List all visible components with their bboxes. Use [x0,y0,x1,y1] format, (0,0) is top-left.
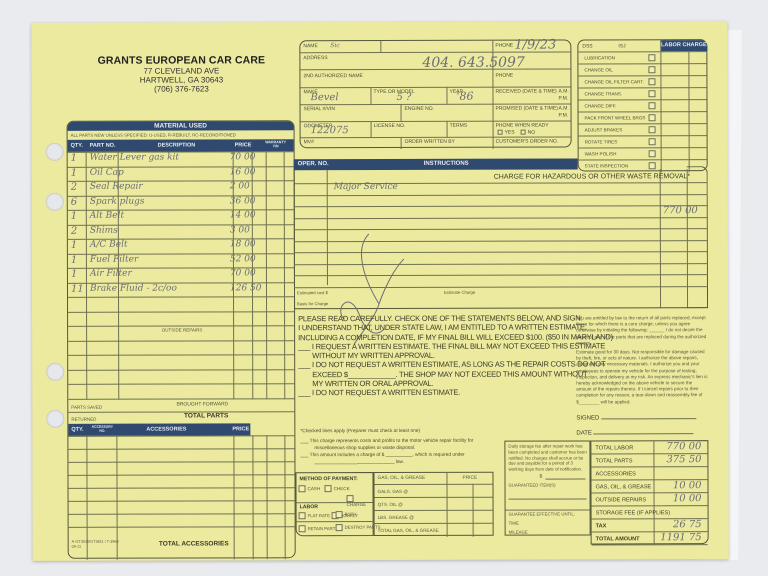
material-description: Spark plugs [90,196,145,206]
checked-line: ______________________________ law. [300,459,473,466]
form-code-2: 09-11 [72,545,81,549]
estimate-line: I UNDERSTAND THAT, UNDER STATE LAW, I AM… [298,323,613,333]
labor-item-checkbox[interactable] [648,66,655,73]
acc-col-price: PRICE [232,426,249,432]
acc-col-accessories: ACCESSORIES [146,427,186,433]
labor-item-8: WASH POLISH [585,151,617,156]
labor-item-0: LUBRICATION [584,55,615,60]
cash-checkbox[interactable] [299,485,306,492]
material-price: 16 00 [230,167,256,177]
signed-line[interactable]: SIGNED [576,415,708,421]
material-used-header: MATERIAL USED [68,121,294,131]
serial-label: SERIAL #/VIN [304,106,336,112]
col-part-no: PART NO. [90,143,116,149]
material-qty: 1 [71,167,77,178]
hazard-charge-label: CHARGE FOR HAZARDOUS OR OTHER WASTE REMO… [494,173,690,181]
check-checkbox[interactable] [325,485,332,492]
pm-label: P.M. [558,96,568,102]
engine-label: ENGINE NO. [405,106,434,112]
totals-value[interactable]: 26 75 [673,519,702,530]
flat-rate-checkbox[interactable] [299,512,306,519]
model-field[interactable]: 5 ? [396,92,411,103]
instructions-header: OPER. NO. INSTRUCTIONS [294,158,578,170]
customer-info-box: NAME Sic PHONE 1/9/23 ADDRESS 404. 643.5… [299,39,571,148]
no-option[interactable]: NO [521,130,536,136]
date-line[interactable]: DATE [576,430,708,436]
second-name-label: 2ND AUTHORIZED NAME [303,73,362,79]
material-qty: 11 [71,283,84,294]
material-qty: 1 [71,269,77,280]
shop-header: GRANTS EUROPEAN CAR CARE 77 CLEVELAND AV… [86,54,276,93]
total-gas-label: TOTAL GAS, OIL, & GREASE [378,528,439,533]
labor-item-checkbox[interactable] [649,138,656,145]
col-price: PRICE [235,142,252,148]
binder-hole [46,410,64,428]
material-price: 3 00 [230,225,250,235]
totals-label: STORAGE FEE (if applies) [596,510,671,516]
instruction-line-1[interactable]: Major Service [334,182,398,192]
instructions-section: OPER. NO. INSTRUCTIONS CHARGE FOR HAZARD… [294,158,708,309]
labor-item-6: ADJUST BRAKES [585,127,623,132]
flat-rate-label: FLAT RATE [308,513,330,518]
parts-saved-label: PARTS SAVED [71,405,102,410]
material-description: Water Lever gas kit [90,153,179,163]
material-qty: 1 [71,211,77,222]
material-note: ALL PARTS NEW UNLESS SPECIFIED: U-USED, … [71,132,236,137]
labor-checklist-panel: DSS ISJ LABOR CHARGE LUBRICATION CHANGE … [577,39,707,171]
estimate-charge-label: Estimate Charge [444,290,475,295]
material-qty: 6 [71,196,77,207]
both-checkbox[interactable] [336,511,343,518]
labor-item-4: CHANGE DIFF. [585,103,617,108]
instructions-label: INSTRUCTIONS [424,161,469,167]
material-price: 70 00 [230,268,256,278]
retain-parts-option[interactable]: RETAIN PARTS [299,526,339,531]
cash-label: CASH [308,486,321,491]
no-checkbox[interactable] [521,130,526,135]
time-label: TIME [509,521,519,526]
mv-label: MV# [304,139,314,145]
oper-no-label: OPER. NO. [298,161,329,167]
estimate-option-2[interactable]: ___ I DO NOT REQUEST A WRITTEN ESTIMATE,… [298,360,613,370]
gals-gas-label: GALS. GAS @ [378,489,408,494]
totals-row: GAS, OIL, & GREASE 10 00 [591,480,707,493]
retain-parts-checkbox[interactable] [299,525,306,532]
totals-row: TOTAL PARTS 375 50 [591,454,707,467]
labor-amount[interactable]: 770 00 [663,205,698,216]
material-description: Air Filter [90,269,132,279]
phone-ready-label: PHONE WHEN READY [496,123,549,129]
total-accessories-label: TOTAL ACCESSORIES [159,540,229,547]
totals-label: OUTSIDE REPAIRS [596,497,647,503]
storage-dollar: $ [539,474,542,480]
destroy-parts-checkbox[interactable] [336,524,343,531]
year-field[interactable]: '86 [456,90,473,103]
pm-label: P.M. [559,113,569,119]
parts-return-text: You are entitled by law to the return of… [576,315,708,346]
signed-label: SIGNED [576,415,599,421]
checked-lines-note: *Checked lines apply (Preparer must chec… [300,428,473,466]
shop-phone: (706) 376-7623 [86,84,276,93]
yes-checkbox[interactable] [498,130,503,135]
material-qty: 2 [71,225,77,236]
total-parts-label: TOTAL PARTS [168,412,228,419]
odometer-field[interactable]: 122075 [311,125,349,136]
totals-value[interactable]: 770 00 [666,441,701,452]
labor-charge-header: LABOR CHARGE [660,40,707,51]
written-by-label: ORDER WRITTEN BY [405,139,455,145]
binder-hole [46,193,64,211]
isj-label: ISJ [618,43,625,49]
material-description: Shims [90,225,118,235]
shop-address: 77 CLEVELAND AVE [86,66,276,75]
gas-oil-grease-box: GAS, OIL, & GREASE PRICE GALS. GAS @ QTS… [373,472,493,536]
labor-item-5: PACK FRONT WHEEL BRGS [585,115,646,120]
shop-name: GRANTS EUROPEAN CAR CARE [86,54,276,66]
retain-parts-label: RETAIN PARTS [308,526,339,531]
labor-item-checkbox[interactable] [649,114,656,121]
totals-box: TOTAL LABOR 770 00 TOTAL PARTS 375 50 AC… [590,440,708,544]
totals-value[interactable]: 1191 75 [660,532,701,543]
totals-row: TOTAL AMOUNT 1191 75 [592,532,708,545]
material-qty: 1 [71,254,77,265]
material-price: 52 00 [230,254,256,264]
labor-item-3: CHANGE TRANS. [584,91,622,96]
totals-value[interactable]: 10 00 [673,493,702,504]
estimate-line: EXCEED $____________. THE SHOP MAY NOT E… [298,369,613,379]
estimate-terms: PLEASE READ CAREFULLY. CHECK ONE OF THE … [298,313,613,397]
material-description: Brake Fluid - 2c/oo [90,283,177,293]
both-option[interactable]: BOTH [336,511,357,518]
am-label: A.M. [558,89,568,95]
lbs-grease-label: LBS. GREASE @ [378,515,414,520]
binder-hole [46,143,64,161]
check-label: CHECK [334,486,350,491]
make-field[interactable]: Bevel [310,92,338,103]
name-field[interactable]: Sic [330,42,339,49]
material-qty: 1 [71,240,77,251]
phone-number-handwritten[interactable]: 404. 643.5097 [422,55,524,71]
labor-item-checkbox[interactable] [648,54,655,61]
material-description: Fuel Filter [90,254,138,264]
totals-label: TOTAL PARTS [595,458,632,464]
both-label: BOTH [345,512,357,517]
totals-row: TOTAL LABOR 770 00 [591,441,707,454]
phone-label: PHONE [495,43,513,49]
totals-value[interactable]: 375 50 [666,454,701,465]
material-used-section: MATERIAL USED ALL PARTS NEW UNLESS SPECI… [67,120,296,559]
shop-city: HARTWELL, GA 30643 [86,75,276,84]
flat-rate-option[interactable]: FLAT RATE [299,513,330,518]
material-price: 36 00 [230,196,256,206]
no-label: NO [528,130,536,136]
storage-fee-text: Daily storage fee after repair work has … [508,443,588,472]
labor-item-checkbox[interactable] [649,126,656,133]
qts-oil-label: QTS. OIL @ [378,502,403,507]
labor-item-checkbox[interactable] [649,102,656,109]
am-label: A.M. [559,106,569,112]
name-label: NAME [303,43,317,49]
accessories-columns: QTY. ACCESSORY NO. ACCESSORIES PRICE [68,423,250,435]
outside-repairs-label: OUTSIDE REPAIRS [68,327,296,333]
labor-item-7: ROTATE TIRES [585,139,618,144]
estimate-option-1[interactable]: ___ I REQUEST A WRITTEN ESTIMATE. THE FI… [298,341,613,351]
charge-checkbox[interactable] [347,495,354,502]
check-option[interactable]: CHECK [325,486,350,491]
material-qty: 1 [71,153,77,164]
material-price: 18 00 [230,239,256,249]
form-code: A-GT3010/GT3611 / T-3969 [72,540,119,544]
material-description: Seal Repair [90,182,143,192]
guarantee-effective-label: GUARANTEE EFFECTIVE UNTIL: [509,511,575,516]
totals-label: TOTAL LABOR [595,445,633,451]
col-description: DESCRIPTION [158,142,196,148]
cash-option[interactable]: CASH [299,486,321,491]
totals-label: TOTAL AMOUNT [596,536,640,542]
totals-label: GAS, OIL, & GREASE [596,484,652,490]
date-label: DATE [576,430,592,436]
material-price: 126 50 [230,283,262,293]
totals-value[interactable]: 10 00 [673,480,702,491]
mileage-label: MILEAGE [509,530,528,535]
totals-row: ACCESSORIES [591,467,707,480]
returned-label: RETURNED [71,417,96,422]
terms-label: TERMS [450,123,468,129]
gas-price-header: PRICE [462,476,477,481]
address-label: ADDRESS [303,55,327,61]
labor-item-checkbox[interactable] [648,78,655,85]
acc-col-qty: QTY. [71,427,83,433]
license-label: LICENSE NO. [374,123,406,129]
labor-item-2: CHANGE OIL FILTER CART. [584,79,643,84]
acc-col-no: ACCESSORY NO. [88,425,116,433]
labor-item-1: CHANGE OIL [584,67,612,72]
binder-hole [46,363,64,381]
estimate-option-3[interactable]: ___ I DO NOT REQUEST A WRITTEN ESTIMATE. [298,388,613,398]
totals-row: TAX 26 75 [592,519,708,532]
brought-forward-label: BROUGHT FORWARD [168,401,228,407]
rights-section: You are entitled by law to the return of… [576,315,708,436]
totals-row: OUTSIDE REPAIRS 10 00 [592,493,708,506]
labor-method-label: LABOR [300,504,318,510]
totals-row: STORAGE FEE (if applies) [592,506,708,519]
col-qty: QTY. [71,143,83,149]
totals-label: ACCESSORIES [595,471,635,477]
storage-box: Daily storage fee after repair work has … [504,440,590,535]
date-handwritten[interactable]: 1/9/23 [514,38,556,53]
customer-order-label: CUSTOMER'S ORDER NO. [496,139,559,145]
yes-label: YES [505,130,515,136]
checked-note: *Checked lines apply (Preparer must chec… [300,428,473,435]
material-columns: QTY. PART NO. DESCRIPTION PRICE WARRANTY… [68,139,294,152]
authorization-text: Estimate good for 30 days. Not responsib… [576,349,708,405]
labor-item-checkbox[interactable] [649,150,656,157]
totals-label: TAX [596,523,607,529]
col-warranty: WARRANTY Y/N [265,140,287,148]
material-price: 2 00 [230,181,250,191]
guaranteed-items-label: GUARANTEED ITEM(S) [509,483,556,488]
yes-option[interactable]: YES [498,130,515,136]
material-price: 70 00 [230,152,256,162]
payment-method-label: METHOD OF PAYMENT: [299,476,357,482]
received-label: RECEIVED (DATE & TIME) [495,89,556,95]
material-qty: 2 [71,182,77,193]
promised-label: PROMISED (DATE & TIME) [496,106,558,112]
repair-order-form: GRANTS EUROPEAN CAR CARE 77 CLEVELAND AV… [31,21,728,561]
material-price: 14 00 [230,210,256,220]
labor-item-checkbox[interactable] [648,90,655,97]
dss-label: DSS [582,43,592,49]
phone2-label: PHONE [495,73,513,79]
material-description: Alt Belt [90,211,124,221]
material-description: Oil Cap [90,167,124,177]
material-description: A/C Belt [90,240,128,250]
gas-header: GAS, OIL, & GREASE [377,476,425,481]
